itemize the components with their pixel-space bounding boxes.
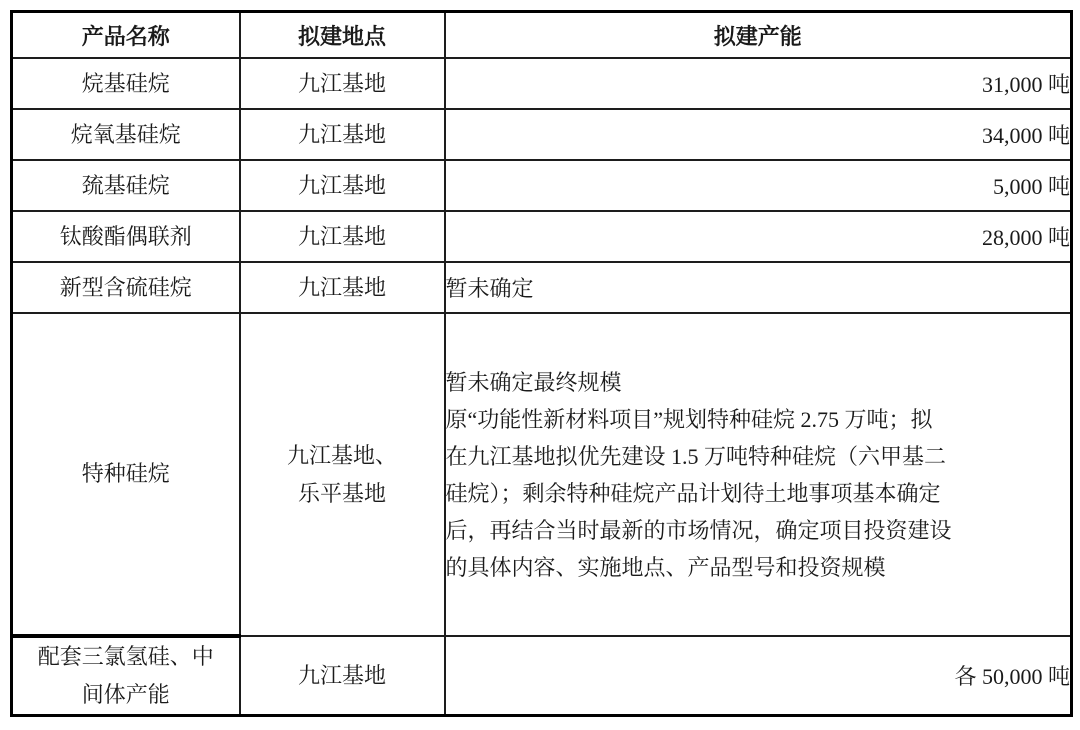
capacity-table: 产品名称 拟建地点 拟建产能 烷基硅烷 九江基地 31,000 吨 烷氧基硅烷 … <box>10 10 1073 717</box>
table-row: 钛酸酯偶联剂 九江基地 28,000 吨 <box>12 211 1072 262</box>
table-row: 配套三氯氢硅、中 间体产能 九江基地 各 50,000 吨 <box>12 636 1072 716</box>
table-header-row: 产品名称 拟建地点 拟建产能 <box>12 12 1072 59</box>
cell-location: 九江基地 <box>240 636 445 716</box>
table-row: 特种硅烷 九江基地、 乐平基地 暂未确定最终规模 原“功能性新材料项目”规划特种… <box>12 313 1072 636</box>
cell-location: 九江基地 <box>240 58 445 109</box>
table-row: 烷氧基硅烷 九江基地 34,000 吨 <box>12 109 1072 160</box>
cell-capacity: 34,000 吨 <box>445 109 1072 160</box>
header-location: 拟建地点 <box>240 12 445 59</box>
cell-location: 九江基地 <box>240 109 445 160</box>
header-product: 产品名称 <box>12 12 240 59</box>
table-row: 烷基硅烷 九江基地 31,000 吨 <box>12 58 1072 109</box>
table-row: 新型含硫硅烷 九江基地 暂未确定 <box>12 262 1072 313</box>
cell-product: 巯基硅烷 <box>12 160 240 211</box>
cell-location: 九江基地 <box>240 160 445 211</box>
cell-product: 烷氧基硅烷 <box>12 109 240 160</box>
header-capacity: 拟建产能 <box>445 12 1072 59</box>
cell-capacity: 暂未确定 <box>445 262 1072 313</box>
cell-capacity: 31,000 吨 <box>445 58 1072 109</box>
cell-capacity: 5,000 吨 <box>445 160 1072 211</box>
cell-location: 九江基地 <box>240 211 445 262</box>
cell-capacity: 暂未确定最终规模 原“功能性新材料项目”规划特种硅烷 2.75 万吨；拟 在九江… <box>445 313 1072 636</box>
cell-capacity: 28,000 吨 <box>445 211 1072 262</box>
cell-location: 九江基地、 乐平基地 <box>240 313 445 636</box>
cell-location: 九江基地 <box>240 262 445 313</box>
cell-product: 配套三氯氢硅、中 间体产能 <box>12 636 240 716</box>
cell-product: 烷基硅烷 <box>12 58 240 109</box>
table-row: 巯基硅烷 九江基地 5,000 吨 <box>12 160 1072 211</box>
cell-product: 钛酸酯偶联剂 <box>12 211 240 262</box>
cell-product: 特种硅烷 <box>12 313 240 636</box>
cell-capacity: 各 50,000 吨 <box>445 636 1072 716</box>
cell-product: 新型含硫硅烷 <box>12 262 240 313</box>
